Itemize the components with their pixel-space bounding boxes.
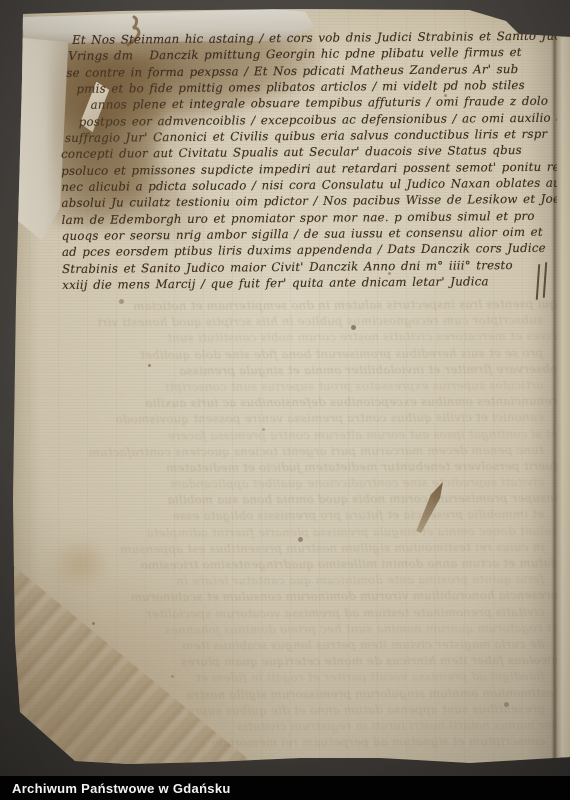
- adjacent-leaf-edge: [557, 28, 570, 763]
- archive-scan-viewer: qui psentes lras inspecturis salutem in …: [0, 0, 570, 800]
- stain-overwash: [50, 40, 200, 220]
- bleedthrough-line: tunc penam decem marcarum puri argenti t…: [58, 442, 558, 461]
- archive-watermark-label: Archiwum Państwowe w Gdańsku: [12, 781, 231, 796]
- bleedthrough-line: pro se et suis heredibus promiserunt bon…: [57, 345, 557, 364]
- watermark-bar: Archiwum Państwowe w Gdańsku: [0, 776, 570, 800]
- manuscript-line: xxiij die mens Marcij / que fuit fer' qu…: [62, 274, 560, 295]
- bleedthrough-line: articulos superius expressatos prout sup…: [57, 378, 557, 397]
- manuscript-page: qui psentes lras inspecturis salutem in …: [0, 0, 570, 800]
- small-stain: [52, 538, 108, 590]
- bleedthrough-line: civitati supradicte sine contradiccione …: [58, 475, 558, 494]
